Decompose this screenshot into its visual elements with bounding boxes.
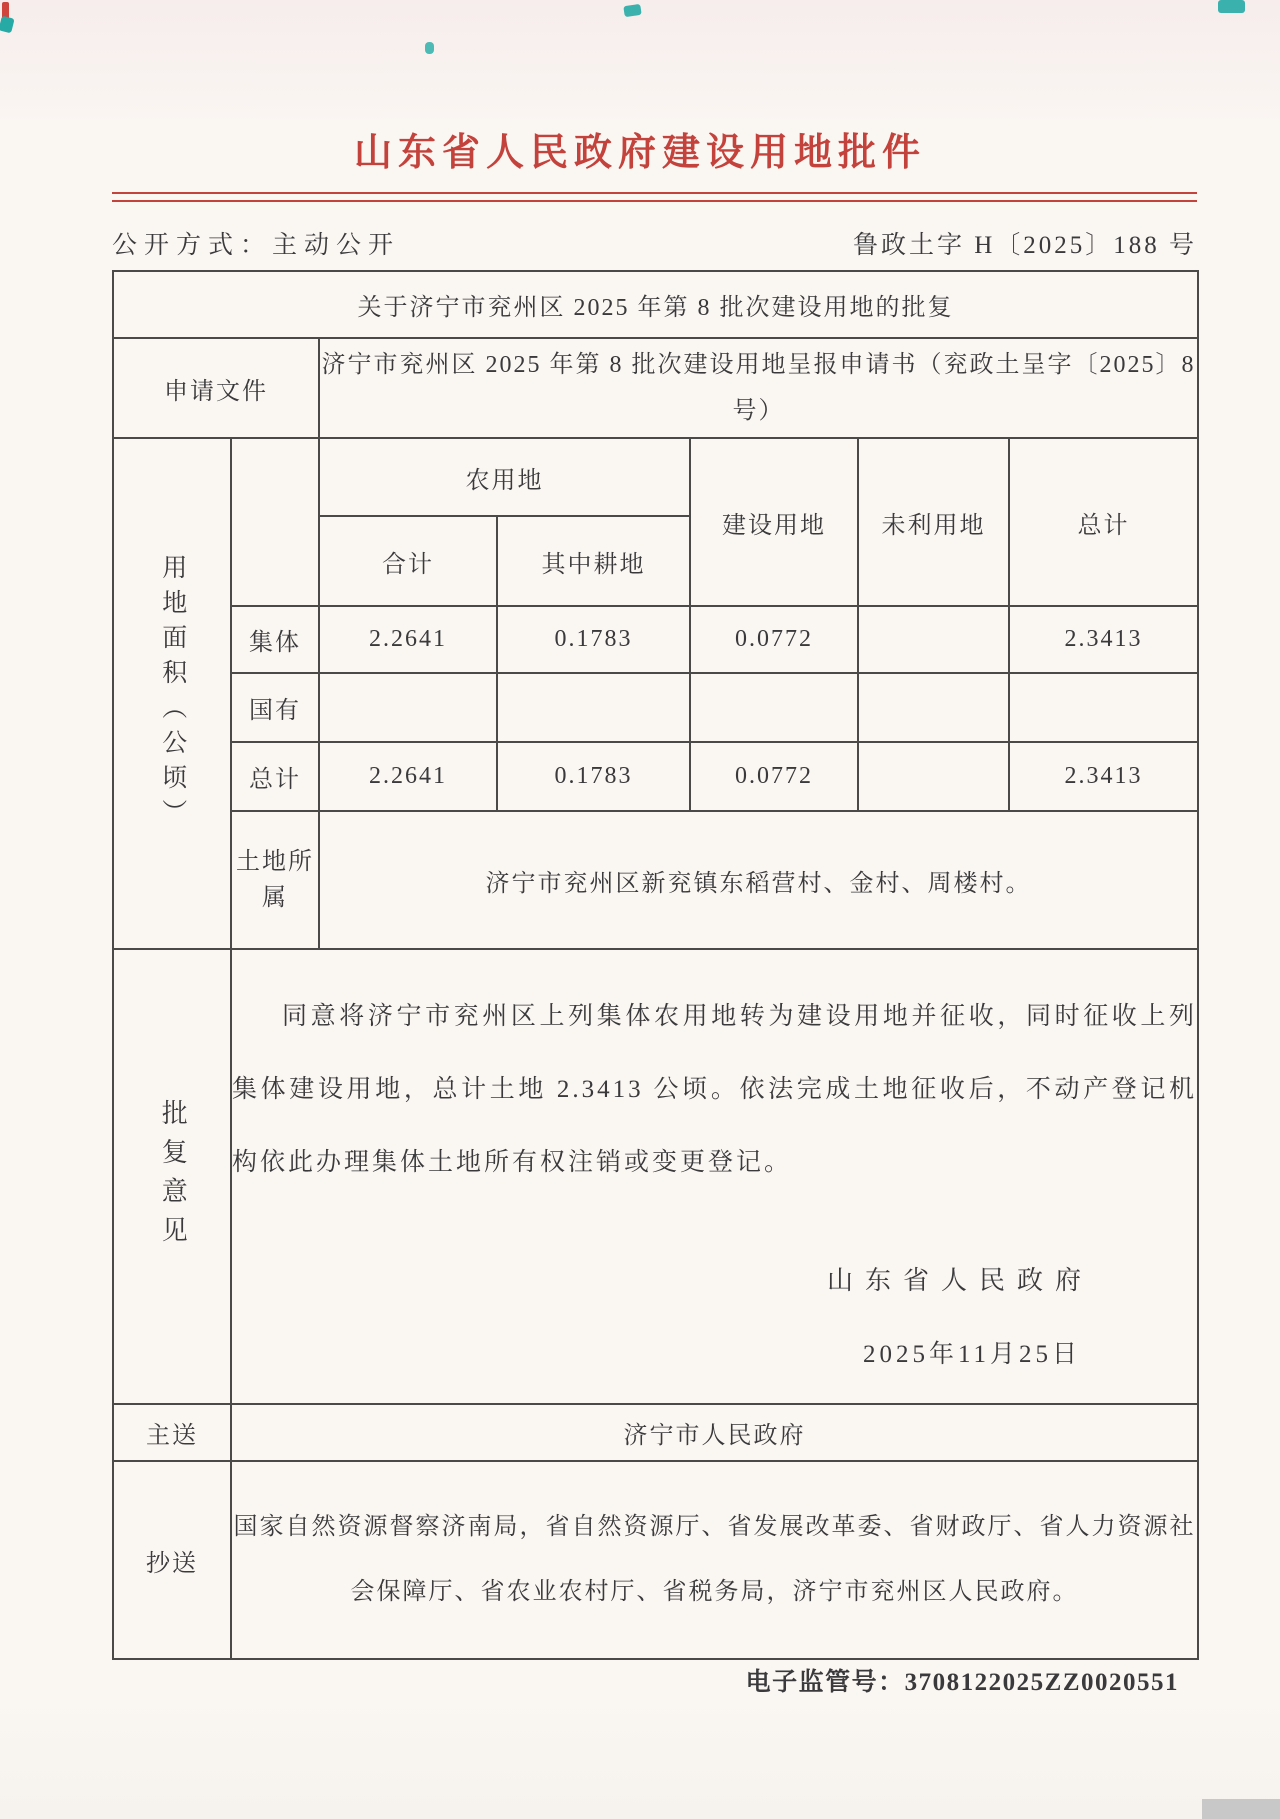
cc-label: 抄送 — [113, 1461, 231, 1659]
area-cell: 2.3413 — [1009, 606, 1198, 673]
area-cell — [497, 673, 690, 742]
area-unit-cell: 用地面积（公顷） — [113, 438, 231, 949]
row-label-total: 总计 — [231, 742, 319, 811]
scan-artifact-teal — [425, 42, 434, 54]
opinion-label: 批复意见 — [158, 1099, 187, 1255]
page-root: { "document": { "title": "山东省人民政府建设用地批件"… — [0, 0, 1280, 1819]
signature: 山东省人民政府 — [232, 1263, 1197, 1299]
main-recipient-label: 主送 — [113, 1404, 231, 1461]
cc-value: 国家自然资源督察济南局，省自然资源厅、省发展改革委、省财政厅、省人力资源社会保障… — [231, 1461, 1198, 1659]
table-row: 国有 — [113, 673, 1198, 742]
approval-table: 关于济宁市兖州区 2025 年第 8 批次建设用地的批复 申请文件 济宁市兖州区… — [112, 270, 1199, 1660]
opinion-label-cell: 批复意见 — [113, 949, 231, 1404]
area-cell: 2.2641 — [319, 606, 497, 673]
header-unused: 未利用地 — [858, 438, 1009, 606]
title-divider-rule — [112, 192, 1197, 202]
row-label-collective: 集体 — [231, 606, 319, 673]
header-construction: 建设用地 — [690, 438, 858, 606]
header-agricultural: 农用地 — [319, 438, 690, 516]
scan-artifact-teal — [1218, 0, 1245, 13]
main-recipient-value: 济宁市人民政府 — [231, 1404, 1198, 1461]
area-corner-cell — [231, 438, 319, 606]
disclosure-method: 公开方式：主动公开 — [112, 228, 400, 264]
area-cell: 0.0772 — [690, 606, 858, 673]
area-cell: 0.1783 — [497, 742, 690, 811]
approval-title: 关于济宁市兖州区 2025 年第 8 批次建设用地的批复 — [113, 271, 1198, 338]
area-cell: 2.2641 — [319, 742, 497, 811]
area-cell — [858, 673, 1009, 742]
area-cell — [690, 673, 858, 742]
scan-artifact-teal — [623, 4, 641, 17]
area-cell: 2.3413 — [1009, 742, 1198, 811]
area-cell — [319, 673, 497, 742]
meta-row: 公开方式：主动公开 鲁政土字 H〔2025〕188 号 — [112, 228, 1197, 264]
opinion-text: 同意将济宁市兖州区上列集体农用地转为建设用地并征收，同时征收上列集体建设用地，总… — [232, 980, 1197, 1199]
header-agri-subtotal: 合计 — [319, 516, 497, 606]
land-belonging-label: 土地所属 — [231, 811, 319, 949]
area-cell — [858, 606, 1009, 673]
supervision-number: 电子监管号：3708122025ZZ0020551 — [112, 1666, 1197, 1700]
area-cell: 0.0772 — [690, 742, 858, 811]
area-cell — [858, 742, 1009, 811]
header-agri-cultivated: 其中耕地 — [497, 516, 690, 606]
document-number: 鲁政土字 H〔2025〕188 号 — [853, 228, 1197, 264]
signature-date: 2025年11月25日 — [232, 1337, 1197, 1373]
area-cell — [1009, 673, 1198, 742]
land-belonging-value: 济宁市兖州区新兖镇东稻营村、金村、周楼村。 — [319, 811, 1198, 949]
application-doc-value: 济宁市兖州区 2025 年第 8 批次建设用地呈报申请书（兖政土呈字〔2025〕… — [319, 338, 1198, 438]
table-row: 集体 2.2641 0.1783 0.0772 2.3413 — [113, 606, 1198, 673]
area-unit-label: 用地面积（公顷） — [158, 554, 186, 834]
row-label-state: 国有 — [231, 673, 319, 742]
area-cell: 0.1783 — [497, 606, 690, 673]
scan-artifact-gray — [1202, 1799, 1280, 1819]
document-title: 山东省人民政府建设用地批件 — [0, 130, 1280, 176]
application-doc-label: 申请文件 — [113, 338, 319, 438]
table-row: 总计 2.2641 0.1783 0.0772 2.3413 — [113, 742, 1198, 811]
opinion-cell: 同意将济宁市兖州区上列集体农用地转为建设用地并征收，同时征收上列集体建设用地，总… — [231, 949, 1198, 1404]
header-total: 总计 — [1009, 438, 1198, 606]
scan-artifact-teal — [0, 16, 15, 34]
